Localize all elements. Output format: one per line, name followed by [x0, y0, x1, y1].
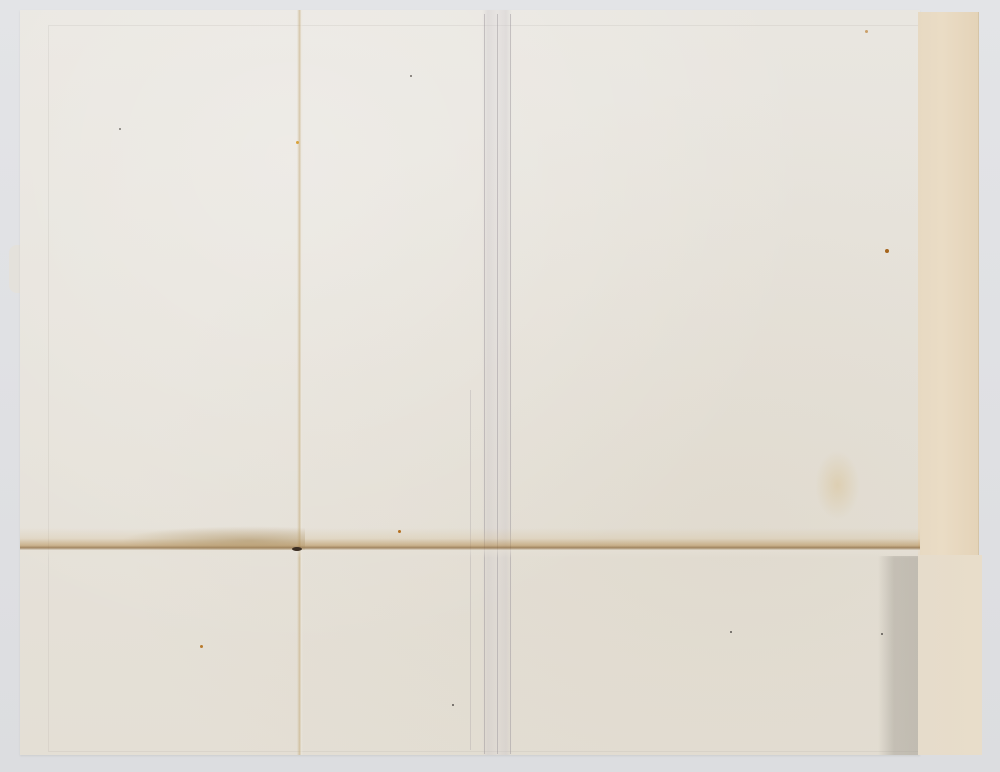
foxing-spot — [452, 704, 454, 706]
water-stain — [815, 450, 860, 520]
foxing-spot — [881, 633, 883, 635]
pencil-guide-line — [470, 390, 471, 750]
pencil-guide-line — [484, 14, 485, 754]
fold-hole — [292, 547, 302, 551]
foxing-spot — [398, 530, 401, 533]
shadow-band — [878, 556, 918, 755]
foxing-spot — [865, 30, 868, 33]
foxing-spot — [730, 631, 732, 633]
foxing-spot — [885, 249, 889, 253]
vertical-fold-left — [297, 10, 303, 755]
foxing-spot — [296, 141, 299, 144]
foxing-spot — [410, 75, 412, 77]
pencil-guide-line — [497, 14, 498, 754]
foxing-spot — [200, 645, 203, 648]
right-tan-strip — [918, 12, 979, 560]
right-lower-margin — [918, 555, 982, 755]
pencil-guide-line — [510, 14, 511, 754]
crease-stain — [120, 526, 305, 550]
foxing-spot — [119, 128, 121, 130]
